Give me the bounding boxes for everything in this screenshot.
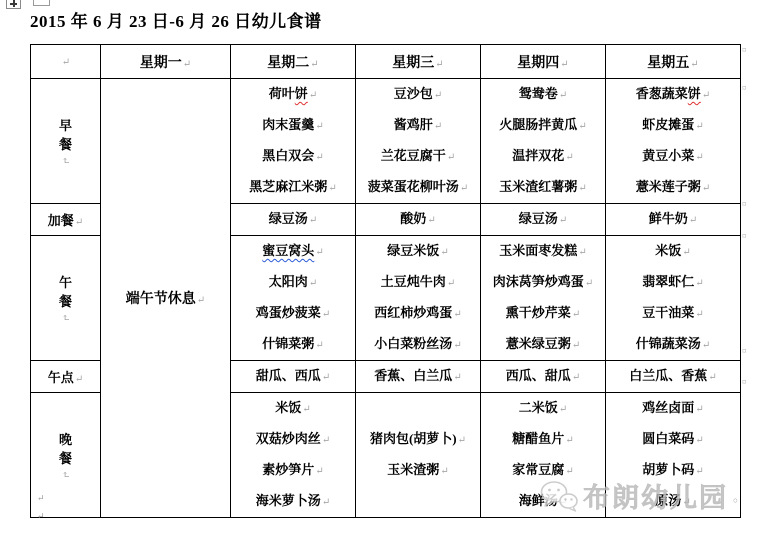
dish-item: 什锦菜粥↵ [262,329,323,360]
cell-content: 米饭↵双菇炒肉丝↵素炒笋片↵海米萝卜汤↵ [231,393,355,517]
cell-morning-snack-thursday[interactable]: 绿豆汤↵ [481,204,606,236]
cell-dinner-friday[interactable]: 鸡丝卤面↵圆白菜码↵胡萝卜码↵原汤↵ [606,393,741,518]
dish-text: 素炒笋片 [262,462,314,477]
dish-text: 绿豆汤 [269,211,308,226]
day-label: 星期四 [517,56,559,71]
cell-dinner-thursday[interactable]: 二米饭↵糖醋鱼片↵家常豆腐↵海鲜汤↵ [481,393,606,518]
day-label: 星期一 [140,56,182,71]
return-mark: ↵ [310,59,318,70]
row-end-mark: ¤ [742,232,747,241]
return-mark: ↵ [309,215,317,226]
return-mark: ↵ [585,278,593,289]
dish-item: 什锦蔬菜汤↵ [636,329,710,360]
dish-text: 黄豆小菜 [642,148,694,163]
dish-item: 土豆炖牛肉↵ [381,267,455,298]
return-mark: ↵ [695,152,703,163]
dish-text: 香葱蔬菜饼 [636,86,701,101]
row-label-morning-snack[interactable]: 加餐↵ [31,204,101,236]
return-mark: ↵ [458,435,466,446]
plus-icon [10,0,17,7]
row-end-mark: ¤ [742,200,747,209]
dish-text: 鸡丝卤面 [642,400,694,415]
dish-item: 西瓜、甜瓜↵ [506,361,580,392]
dish-item: 胡萝卜码↵ [642,455,703,486]
return-mark: ↵ [689,215,697,226]
return-mark: ↵ [559,215,567,226]
dish-text: 什锦蔬菜汤 [636,336,701,351]
day-label: 星期三 [392,56,434,71]
header-cell-day-5[interactable]: 星期五↵ [606,45,741,79]
label-char: 餐 [59,292,72,311]
dish-text: 菠菜蛋花柳叶汤 [368,179,459,194]
dish-item: 豆干油菜↵ [642,298,703,329]
return-mark: ↵ [60,156,71,164]
return-mark: ↵ [702,90,710,101]
dish-text: 绿豆汤 [519,211,558,226]
row-label-breakfast[interactable]: 早餐↵ [31,79,101,204]
header-cell-day-4[interactable]: 星期四↵ [481,45,606,79]
label-char: 餐 [59,135,72,154]
cell-content: 荷叶饼↵肉末蛋羹↵黑白双会↵黑芝麻江米粥↵ [231,79,355,203]
return-mark: ↵ [434,90,442,101]
dish-item: 菠菜蛋花柳叶汤↵ [368,172,468,203]
dish-text: 甜瓜、西瓜 [256,368,321,383]
dish-text: 温拌双花 [512,148,564,163]
dish-item: 海米萝卜汤↵ [256,486,330,517]
cell-content: 蜜豆窝头↵太阳肉↵鸡蛋炒菠菜↵什锦菜粥↵ [231,236,355,360]
return-mark: ↵ [183,59,191,70]
menu-table-body: ↵星期一↵星期二↵星期三↵星期四↵星期五↵早餐↵端午节休息↵荷叶饼↵肉末蛋羹↵黑… [31,45,741,518]
return-mark: ↵ [302,404,310,415]
dish-text: 黑白双会 [262,148,314,163]
cell-content: 鸳鸯卷↵火腿肠拌黄瓜↵温拌双花↵玉米渣红薯粥↵ [481,79,605,203]
dish-item: 鸡丝卤面↵ [642,393,703,424]
cell-content: 鸡丝卤面↵圆白菜码↵胡萝卜码↵原汤↵ [606,393,740,517]
dish-item: 香蕉、白兰瓜↵ [374,361,461,392]
dish-text: 糖醋鱼片 [512,431,564,446]
return-mark: ↵ [60,313,71,321]
row-end-mark: ¤ [742,46,747,55]
cell-content: 猪肉包(胡萝卜)↵玉米渣粥↵ [356,424,480,486]
cell-content: 绿豆汤↵ [481,204,605,235]
ruler-fragment [33,0,50,6]
vertical-label: 晚餐↵ [31,430,100,480]
return-mark: ↵ [447,152,455,163]
dish-item: 二米饭↵ [519,393,567,424]
row-label-text: 午点 [48,370,74,385]
label-char: 餐 [59,449,72,468]
dish-item: 兰花豆腐干↵ [381,141,455,172]
dish-text: 玉米渣粥 [387,462,439,477]
dish-text: 黑芝麻江米粥 [249,179,327,194]
dish-item: 鲜牛奶↵ [649,204,697,235]
vertical-label: 午餐↵ [31,273,100,323]
dish-text: 虾皮摊蛋 [642,117,694,132]
dish-item: 火腿肠拌黄瓜↵ [499,110,586,141]
dish-text: 兰花豆腐干 [381,148,446,163]
dish-text: 猪肉包(胡萝卜) [370,431,457,446]
cell-breakfast-thursday[interactable]: 鸳鸯卷↵火腿肠拌黄瓜↵温拌双花↵玉米渣红薯粥↵ [481,79,606,204]
return-mark: ↵ [197,295,205,306]
return-mark: ↵ [695,466,703,477]
cell-lunch-wednesday[interactable]: 绿豆米饭↵土豆炖牛肉↵西红柿炒鸡蛋↵小白菜粉丝汤↵ [356,236,481,361]
header-cell-day-1[interactable]: 星期一↵ [101,45,231,79]
dish-item: 肉末蛋羹↵ [262,110,323,141]
dish-text: 肉沫莴笋炒鸡蛋 [493,274,584,289]
dish-item: 虾皮摊蛋↵ [642,110,703,141]
holiday-note: 端午节休息 [126,292,196,307]
row-label-lunch[interactable]: 午餐↵ [31,236,101,361]
return-mark: ↵ [572,340,580,351]
return-mark: ↵ [572,309,580,320]
cell-morning-snack-wednesday[interactable]: 酸奶↵ [356,204,481,236]
return-mark: ↵ [315,340,323,351]
return-mark: ↵ [708,372,716,383]
dish-text: 米饭 [275,400,301,415]
dish-item: 素炒笋片↵ [262,455,323,486]
cell-content: 香葱蔬菜饼↵虾皮摊蛋↵黄豆小菜↵薏米莲子粥↵ [606,79,740,203]
cell-content: 绿豆米饭↵土豆炖牛肉↵西红柿炒鸡蛋↵小白菜粉丝汤↵ [356,236,480,360]
row-end-mark: ¤ [742,378,747,387]
dish-item: 翡翠虾仁↵ [642,267,703,298]
dish-text: 火腿肠拌黄瓜 [499,117,577,132]
return-mark: ↵ [309,278,317,289]
day-label: 星期五 [647,56,689,71]
dish-text: 鸳鸯卷 [519,86,558,101]
dish-text: 薏米绿豆粥 [506,336,571,351]
dish-item: 白兰瓜、香蕉↵ [629,361,716,392]
dish-text: 白兰瓜、香蕉 [629,368,707,383]
return-mark: ↵ [682,497,690,508]
return-mark: ↵ [315,247,323,258]
dish-item: 米饭↵ [275,393,310,424]
vertical-label: 早餐↵ [31,116,100,166]
dish-text: 西瓜、甜瓜 [506,368,571,383]
return-mark: ↵ [434,121,442,132]
return-mark: ↵ [695,309,703,320]
return-mark: ↵ [682,247,690,258]
dish-item: 鸳鸯卷↵ [519,79,567,110]
dish-text: 米饭 [655,243,681,258]
return-mark: ↵ [695,435,703,446]
dish-item: 玉米渣粥↵ [387,455,448,486]
dish-text: 豆干油菜 [642,305,694,320]
dish-item: 熏干炒芹菜↵ [506,298,580,329]
return-mark: ↵ [578,121,586,132]
header-cell-day-3[interactable]: 星期三↵ [356,45,481,79]
dish-text: 玉米渣红薯粥 [499,179,577,194]
row-label-afternoon-snack[interactable]: 午点↵ [31,361,101,393]
cell-lunch-thursday[interactable]: 玉米面枣发糕↵肉沫莴笋炒鸡蛋↵熏干炒芹菜↵薏米绿豆粥↵ [481,236,606,361]
paragraph-mark: ↵ [37,512,45,521]
day-label: 星期二 [267,56,309,71]
dish-item: 酸奶↵ [400,204,435,235]
misspelled-char: 饼 [295,86,308,101]
cell-morning-snack-tuesday[interactable]: 绿豆汤↵ [231,204,356,236]
return-mark: ↵ [62,57,70,68]
dish-item: 绿豆米饭↵ [387,236,448,267]
dish-text: 家常豆腐 [512,462,564,477]
cell-afternoon-snack-friday[interactable]: 白兰瓜、香蕉↵ [606,361,741,393]
return-mark: ↵ [322,372,330,383]
dish-text: 薏米莲子粥 [636,179,701,194]
return-mark: ↵ [453,309,461,320]
dish-item: 黑芝麻江米粥↵ [249,172,336,203]
return-mark: ↵ [559,497,567,508]
cell-morning-snack-friday[interactable]: 鲜牛奶↵ [606,204,741,236]
cell-content: 二米饭↵糖醋鱼片↵家常豆腐↵海鲜汤↵ [481,393,605,517]
return-mark: ↵ [578,183,586,194]
dish-item: 香葱蔬菜饼↵ [636,79,710,110]
row-label-text: 加餐 [48,213,74,228]
dish-item: 双菇炒肉丝↵ [256,424,330,455]
dish-item: 猪肉包(胡萝卜)↵ [370,424,466,455]
cell-content: 豆沙包↵酱鸡肝↵兰花豆腐干↵菠菜蛋花柳叶汤↵ [356,79,480,203]
return-mark: ↵ [578,247,586,258]
label-char: 晚 [59,430,72,449]
dish-item: 薏米莲子粥↵ [636,172,710,203]
dish-item: 原汤↵ [655,486,690,517]
cell-afternoon-snack-thursday[interactable]: 西瓜、甜瓜↵ [481,361,606,393]
cell-content: 西瓜、甜瓜↵ [481,361,605,392]
dish-text: 豆沙包 [394,86,433,101]
return-mark: ↵ [315,121,323,132]
label-char: 午 [59,273,72,292]
paragraph-mark: ↵ [37,494,45,503]
return-mark: ↵ [559,404,567,415]
return-mark: ↵ [309,90,317,101]
return-mark: ↵ [559,90,567,101]
return-mark: ↵ [560,59,568,70]
dish-item: 豆沙包↵ [394,79,442,110]
return-mark: ↵ [565,435,573,446]
return-mark: ↵ [315,152,323,163]
return-mark: ↵ [328,183,336,194]
dish-text: 玉米面枣发糕 [499,243,577,258]
dish-text: 太阳肉 [269,274,308,289]
page-title[interactable]: 2015 年 6 月 23 日-6 月 26 日幼儿食谱 [30,7,323,32]
dish-text: 香蕉、白兰瓜 [374,368,452,383]
dish-text: 酸奶 [400,211,426,226]
return-mark: ↵ [460,183,468,194]
dish-text: 小白菜粉丝汤 [374,336,452,351]
dish-text: 蜜豆窝头 [262,243,314,258]
dish-item: 糖醋鱼片↵ [512,424,573,455]
dish-item: 黄豆小菜↵ [642,141,703,172]
return-mark: ↵ [315,466,323,477]
cell-monday-holiday[interactable]: 端午节休息↵ [101,79,231,518]
cell-content: 鲜牛奶↵ [606,204,740,235]
page-title-text: 2015 年 6 月 23 日-6 月 26 日幼儿食谱 [30,12,322,31]
dish-item: 米饭↵ [655,236,690,267]
dish-text: 什锦菜粥 [262,336,314,351]
dish-text: 西红柿炒鸡蛋 [374,305,452,320]
cell-content: 玉米面枣发糕↵肉沫莴笋炒鸡蛋↵熏干炒芹菜↵薏米绿豆粥↵ [481,236,605,360]
dish-item: 温拌双花↵ [512,141,573,172]
return-mark: ↵ [690,59,698,70]
dish-item: 甜瓜、西瓜↵ [256,361,330,392]
dish-item: 荷叶饼↵ [269,79,317,110]
return-mark: ↵ [695,278,703,289]
return-mark: ↵ [453,372,461,383]
cell-content: 米饭↵翡翠虾仁↵豆干油菜↵什锦蔬菜汤↵ [606,236,740,360]
return-mark: ↵ [322,435,330,446]
cell-afternoon-snack-tuesday[interactable]: 甜瓜、西瓜↵ [231,361,356,393]
cell-breakfast-friday[interactable]: 香葱蔬菜饼↵虾皮摊蛋↵黄豆小菜↵薏米莲子粥↵ [606,79,741,204]
dish-item: 肉沫莴笋炒鸡蛋↵ [493,267,593,298]
dish-item: 玉米面枣发糕↵ [499,236,586,267]
dish-item: 西红柿炒鸡蛋↵ [374,298,461,329]
return-mark: ↵ [435,59,443,70]
row-end-mark: ¤ [742,347,747,356]
dish-text: 荷叶饼 [269,86,308,101]
cell-content: 酸奶↵ [356,204,480,235]
dish-item: 鸡蛋炒菠菜↵ [256,298,330,329]
cell-breakfast-wednesday[interactable]: 豆沙包↵酱鸡肝↵兰花豆腐干↵菠菜蛋花柳叶汤↵ [356,79,481,204]
cell-afternoon-snack-wednesday[interactable]: 香蕉、白兰瓜↵ [356,361,481,393]
dish-item: 家常豆腐↵ [512,455,573,486]
return-mark: ↵ [695,404,703,415]
return-mark: ↵ [440,247,448,258]
dish-text: 海鲜汤 [519,493,558,508]
dish-item: 绿豆汤↵ [269,204,317,235]
dish-text: 二米饭 [519,400,558,415]
dish-text: 土豆炖牛肉 [381,274,446,289]
dish-text: 双菇炒肉丝 [256,431,321,446]
return-mark: ↵ [75,217,83,228]
return-mark: ↵ [702,183,710,194]
return-mark: ↵ [322,309,330,320]
dish-text: 熏干炒芹菜 [506,305,571,320]
dish-text: 海米萝卜汤 [256,493,321,508]
cell-dinner-tuesday[interactable]: 米饭↵双菇炒肉丝↵素炒笋片↵海米萝卜汤↵ [231,393,356,518]
header-cell-meal-type[interactable]: ↵ [31,45,101,79]
label-char: 早 [59,116,72,135]
return-mark: ↵ [702,340,710,351]
dish-text: 绿豆米饭 [387,243,439,258]
dish-text: 胡萝卜码 [642,462,694,477]
document-page: { "title": { "text": "2015 年 6 月 23 日-6 … [0,0,761,533]
dish-item: 酱鸡肝↵ [394,110,442,141]
dish-text: 肉末蛋羹 [262,117,314,132]
dish-text: 原汤 [655,493,681,508]
table-move-handle-icon[interactable] [6,0,21,9]
return-mark: ↵ [427,215,435,226]
return-mark: ↵ [60,470,71,478]
dish-text: 鲜牛奶 [649,211,688,226]
dish-item: 太阳肉↵ [269,267,317,298]
cell-breakfast-tuesday[interactable]: 荷叶饼↵肉末蛋羹↵黑白双会↵黑芝麻江米粥↵ [231,79,356,204]
dish-text: 圆白菜码 [642,431,694,446]
dish-item: 蜜豆窝头↵ [262,236,323,267]
cell-lunch-friday[interactable]: 米饭↵翡翠虾仁↵豆干油菜↵什锦蔬菜汤↵ [606,236,741,361]
dish-item: 圆白菜码↵ [642,424,703,455]
dish-item: 小白菜粉丝汤↵ [374,329,461,360]
cell-content: 绿豆汤↵ [231,204,355,235]
cell-content: 甜瓜、西瓜↵ [231,361,355,392]
dish-item: 绿豆汤↵ [519,204,567,235]
dish-item: 海鲜汤↵ [519,486,567,517]
cell-dinner-wednesday[interactable]: 猪肉包(胡萝卜)↵玉米渣粥↵ [356,393,481,518]
header-cell-day-2[interactable]: 星期二↵ [231,45,356,79]
return-mark: ↵ [322,497,330,508]
row-end-mark: ¤ [742,84,747,93]
misspelled-char: 饼 [688,86,701,101]
dish-item: 玉米渣红薯粥↵ [499,172,586,203]
return-mark: ↵ [75,374,83,385]
dish-text: 翡翠虾仁 [642,274,694,289]
return-mark: ↵ [565,152,573,163]
cell-lunch-tuesday[interactable]: 蜜豆窝头↵太阳肉↵鸡蛋炒菠菜↵什锦菜粥↵ [231,236,356,361]
return-mark: ↵ [453,340,461,351]
menu-table: ↵星期一↵星期二↵星期三↵星期四↵星期五↵早餐↵端午节休息↵荷叶饼↵肉末蛋羹↵黑… [30,44,741,518]
return-mark: ↵ [447,278,455,289]
dish-item: 薏米绿豆粥↵ [506,329,580,360]
dish-text: 酱鸡肝 [394,117,433,132]
cell-content: 白兰瓜、香蕉↵ [606,361,740,392]
return-mark: ↵ [572,372,580,383]
cell-content: 香蕉、白兰瓜↵ [356,361,480,392]
return-mark: ↵ [565,466,573,477]
dish-item: 黑白双会↵ [262,141,323,172]
return-mark: ↵ [440,466,448,477]
dish-text: 鸡蛋炒菠菜 [256,305,321,320]
return-mark: ↵ [695,121,703,132]
